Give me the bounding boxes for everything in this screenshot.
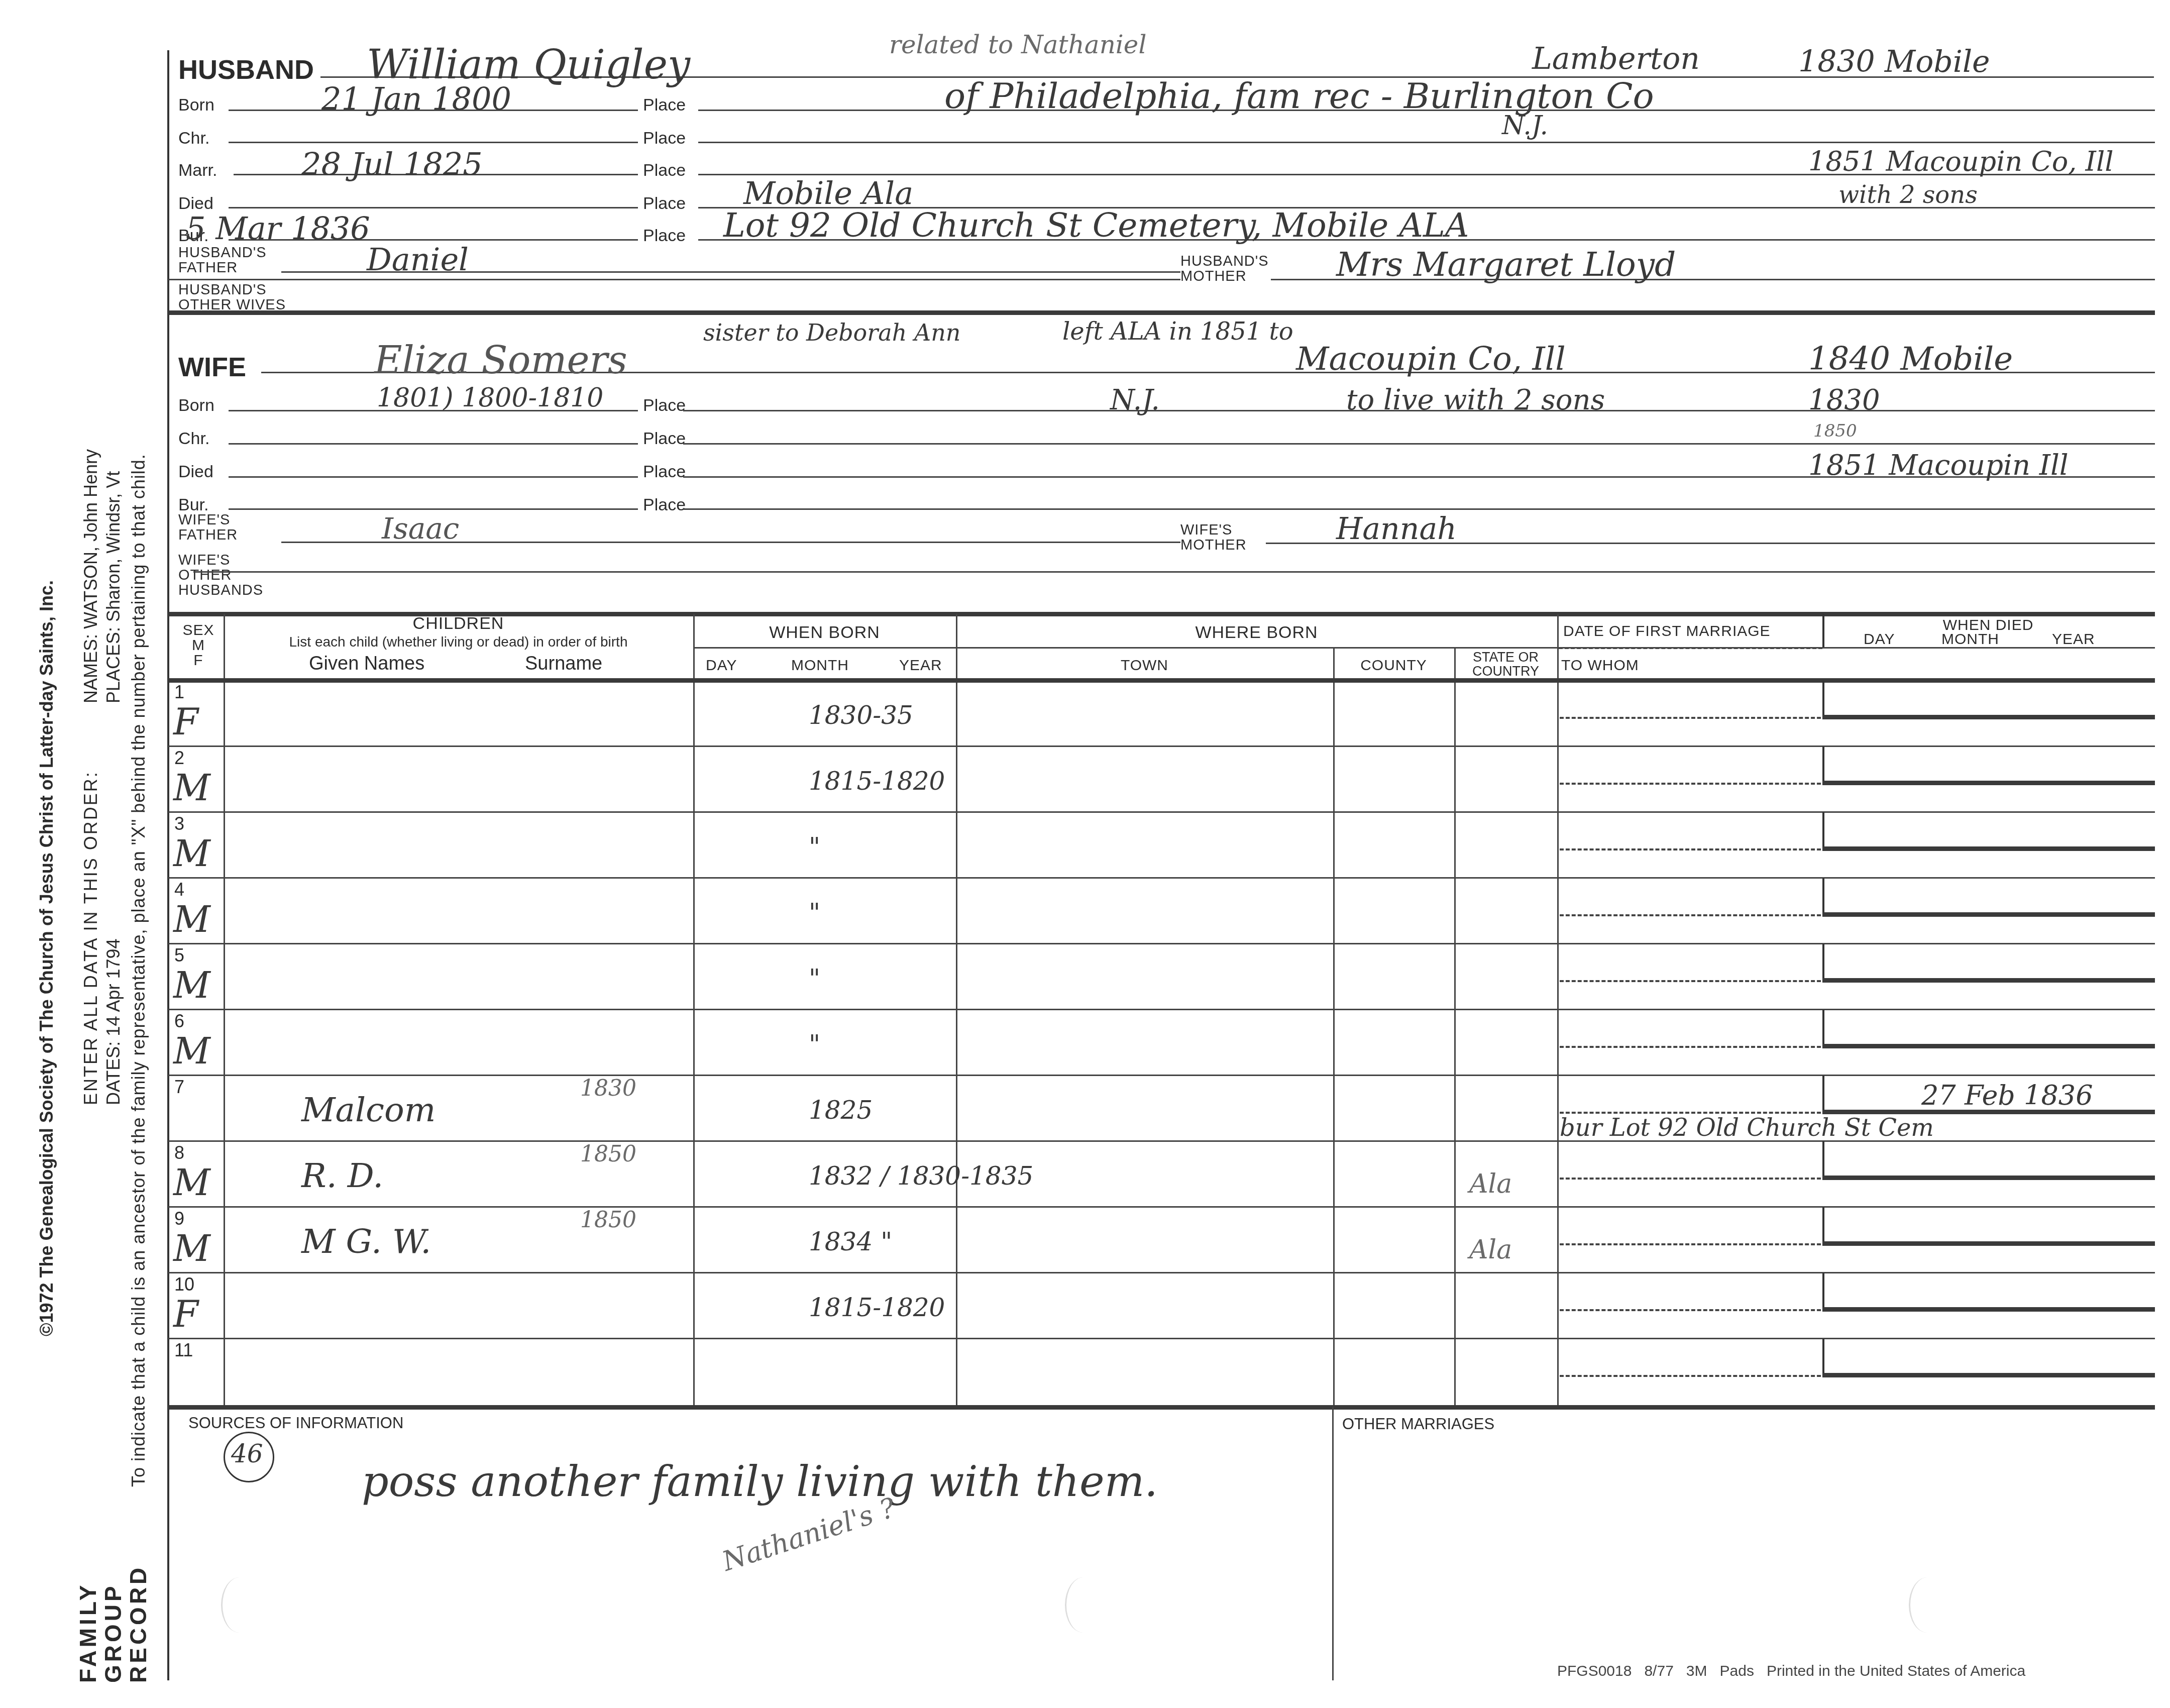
wife-father-label: WIFE'S FATHER xyxy=(178,512,238,543)
child-name-note: 1850 xyxy=(580,1141,636,1167)
husband-marr-date[interactable]: 28 Jul 1825 xyxy=(301,146,483,182)
child-marriage-date-line xyxy=(1560,848,1821,850)
husband-label: HUSBAND xyxy=(178,54,314,85)
child-row-number: 5 xyxy=(174,945,184,966)
header-died-day: DAY xyxy=(1864,631,1895,648)
children-bottom-border xyxy=(168,1405,2155,1410)
child-row-number: 6 xyxy=(174,1011,184,1032)
form-title: FAMILY GROUP RECORD xyxy=(75,1565,151,1683)
header-town: TOWN xyxy=(956,657,1333,674)
header-given-names: Given Names xyxy=(309,653,424,675)
child-died-box-left xyxy=(1822,1273,1824,1309)
child-died-box-left xyxy=(1822,1076,1824,1112)
husband-note-1830-mobile: 1830 Mobile xyxy=(1798,44,1990,79)
child-died-box-left xyxy=(1822,1339,1824,1375)
husband-died-line xyxy=(229,207,638,208)
child-died-line xyxy=(1822,1307,2155,1312)
wife-note-1830: 1830 xyxy=(1808,384,1880,416)
child-died-line xyxy=(1822,715,2155,719)
wife-mother[interactable]: Hannah xyxy=(1336,511,1457,547)
child-died-line xyxy=(1822,978,2155,983)
child-birth-year[interactable]: 1815-1820 xyxy=(809,767,945,796)
child-row: 3 M " xyxy=(168,812,2155,878)
child-marriage-date-line xyxy=(1560,783,1821,785)
husband-divider xyxy=(168,279,1180,280)
child-row-number: 9 xyxy=(174,1208,184,1229)
child-row-number: 3 xyxy=(174,813,184,834)
child-died-box-left xyxy=(1822,812,1824,848)
child-sex[interactable]: M xyxy=(173,898,210,940)
child-row: 2 M 1815-1820 xyxy=(168,746,2155,812)
husband-chr-place-line xyxy=(698,142,2155,143)
wife-note-sister: sister to Deborah Ann xyxy=(703,319,960,346)
wife-born-label: Born xyxy=(178,396,214,415)
other-marriages-divider xyxy=(1332,1407,1334,1680)
wife-mother-label: WIFE'S MOTHER xyxy=(1180,522,1247,553)
husband-chr-line xyxy=(229,142,638,143)
husband-born-label: Born xyxy=(178,95,214,115)
child-row: 7 Malcom 1830 1825 bur Lot 92 Old Church… xyxy=(168,1076,2155,1141)
husband-marr-place-label: Place xyxy=(643,161,686,180)
husband-note-related: related to Nathaniel xyxy=(889,30,1146,59)
punch-hole-center xyxy=(1065,1577,1102,1633)
wife-chr-label: Chr. xyxy=(178,429,209,449)
child-sex[interactable]: M xyxy=(173,1161,210,1204)
wife-died-label: Died xyxy=(178,462,213,482)
husband-born-place-label: Place xyxy=(643,95,686,115)
child-sex[interactable]: M xyxy=(173,1227,210,1269)
child-sex[interactable]: M xyxy=(173,767,210,809)
child-marriage-date-line xyxy=(1560,1309,1821,1311)
husband-bur-place[interactable]: Lot 92 Old Church St Cemetery, Mobile AL… xyxy=(723,206,1469,245)
child-died-line xyxy=(1822,912,2155,917)
wife-bur-place-line xyxy=(683,508,2155,510)
husband-born-place-nj: N.J. xyxy=(1502,111,1548,141)
child-died-line xyxy=(1822,1373,2155,1377)
child-died-line xyxy=(1822,1241,2155,1246)
child-died-box-left xyxy=(1822,944,1824,980)
child-marriage-date-line xyxy=(1560,717,1821,719)
husband-note-lamberton: Lamberton xyxy=(1532,41,1700,76)
header-died-month: MONTH xyxy=(1941,631,1999,648)
child-marriage-date-line xyxy=(1560,1178,1821,1180)
other-marriages-label: OTHER MARRIAGES xyxy=(1342,1415,1494,1433)
header-county: COUNTY xyxy=(1333,657,1454,674)
child-sex[interactable]: F xyxy=(173,701,198,743)
form-footer: PFGS0018 8/77 3M Pads Printed in the Uni… xyxy=(1557,1663,2025,1680)
header-born-day: DAY xyxy=(706,657,737,674)
wife-note-1850: 1850 xyxy=(1813,421,1857,441)
header-state: STATE OR COUNTRY xyxy=(1454,650,1557,678)
child-row: 5 M " xyxy=(168,944,2155,1010)
header-first-marriage: DATE OF FIRST MARRIAGE xyxy=(1563,623,1771,640)
child-birth-year[interactable]: 1825 xyxy=(809,1096,873,1125)
copyright-notice: ©1972 The Genealogical Society of The Ch… xyxy=(36,580,57,1336)
wife-born-place[interactable]: N.J. xyxy=(1110,384,1160,416)
child-sex[interactable]: M xyxy=(173,832,210,875)
child-died-line xyxy=(1822,1044,2155,1048)
husband-mother[interactable]: Mrs Margaret Lloyd xyxy=(1336,245,1676,284)
child-birth-state[interactable]: Ala xyxy=(1469,1235,1512,1265)
child-row-number: 1 xyxy=(174,682,184,703)
header-sex: SEX M F xyxy=(176,623,221,668)
husband-marr-label: Marr. xyxy=(178,161,217,180)
ancestor-note: To indicate that a child is an ancestor … xyxy=(128,454,149,1487)
child-row: 11 xyxy=(168,1339,2155,1405)
child-row-number: 10 xyxy=(174,1274,194,1295)
child-row: 4 M " xyxy=(168,878,2155,944)
child-sex[interactable]: M xyxy=(173,964,210,1006)
wife-note-left-ala: left ALA in 1851 to xyxy=(1062,317,1293,346)
child-name-note: 1850 xyxy=(580,1207,636,1233)
wife-note-live-with-sons: to live with 2 sons xyxy=(1346,384,1605,416)
child-birth-year[interactable]: 1830-35 xyxy=(809,701,913,730)
form-title-line-1: FAMILY xyxy=(75,1565,100,1683)
punch-hole-right xyxy=(1909,1577,1945,1633)
child-marriage-date-line xyxy=(1560,980,1821,982)
header-marriage-dash xyxy=(1559,647,1822,649)
husband-wife-separator xyxy=(168,310,2155,315)
wife-other-husbands-label: WIFE'S OTHER HUSBANDS xyxy=(178,553,263,598)
sources-label: SOURCES OF INFORMATION xyxy=(188,1414,403,1432)
child-birth-year[interactable]: 1832 / 1830-1835 xyxy=(809,1161,1033,1191)
child-birth-year[interactable]: " xyxy=(809,964,820,993)
when-born-sub-divider xyxy=(693,647,2155,649)
wife-chr-line xyxy=(229,443,638,445)
child-row-number: 7 xyxy=(174,1077,184,1098)
child-sex[interactable]: F xyxy=(173,1293,198,1335)
wife-chr-place-label: Place xyxy=(643,429,686,449)
wife-chr-place-line xyxy=(683,443,2155,445)
header-to-whom: TO WHOM xyxy=(1561,657,1639,674)
child-row: 10 F 1815-1820 xyxy=(168,1273,2155,1339)
header-surname: Surname xyxy=(525,653,602,675)
child-birth-year[interactable]: " xyxy=(809,832,820,862)
child-died-box-left xyxy=(1822,878,1824,914)
wife-bur-line xyxy=(229,508,638,510)
child-birth-year[interactable]: 1834 " xyxy=(809,1227,892,1256)
child-marriage-date-line xyxy=(1560,1046,1821,1048)
child-died-box-left xyxy=(1822,1207,1824,1243)
child-died-box-left xyxy=(1822,746,1824,783)
header-born-month: MONTH xyxy=(791,657,849,674)
husband-note-with-2-sons: with 2 sons xyxy=(1838,181,1978,209)
instructions-dates: DATES: 14 Apr 1794 xyxy=(103,938,124,1105)
form-title-line-3: RECORD xyxy=(126,1565,151,1683)
header-born-year: YEAR xyxy=(899,657,942,674)
husband-father-label: HUSBAND'S FATHER xyxy=(178,245,267,275)
child-died-box-left xyxy=(1822,681,1824,717)
form-title-line-2: GROUP xyxy=(100,1565,126,1683)
child-marriage-date-line xyxy=(1560,1243,1821,1245)
child-died-box-left xyxy=(1822,1141,1824,1178)
husband-bur-date[interactable]: 5 Mar 1836 xyxy=(186,210,370,247)
wife-label: WIFE xyxy=(178,352,246,383)
child-row: 6 M " xyxy=(168,1010,2155,1076)
punch-hole-left xyxy=(221,1577,258,1633)
child-row: 9 M M G. W. 1850 1834 " Ala xyxy=(168,1207,2155,1273)
wife-died-place-label: Place xyxy=(643,462,686,482)
child-died-box-left xyxy=(1822,1010,1824,1046)
wife-born-place-label: Place xyxy=(643,396,686,415)
child-died-line xyxy=(1822,846,2155,851)
wife-note-1840-mobile: 1840 Mobile xyxy=(1808,341,2013,378)
child-row: 8 M R. D. 1850 1832 / 1830-1835 Ala xyxy=(168,1141,2155,1207)
husband-died-place-label: Place xyxy=(643,194,686,213)
instructions-places: PLACES: Sharon, Windsr, Vt xyxy=(103,471,124,703)
child-row-number: 2 xyxy=(174,748,184,769)
child-given-name[interactable]: Malcom xyxy=(301,1091,436,1129)
child-marriage-to-whom[interactable]: bur Lot 92 Old Church St Cem xyxy=(1560,1114,1934,1142)
instructions-heading: ENTER ALL DATA IN THIS ORDER: xyxy=(80,771,101,1105)
child-died-line xyxy=(1822,1176,2155,1180)
header-children-sub: List each child (whether living or dead)… xyxy=(224,634,693,650)
wife-born-date[interactable]: 1801) 1800-1810 xyxy=(377,383,603,413)
child-row-number: 8 xyxy=(174,1142,184,1163)
child-row: 1 F 1830-35 xyxy=(168,681,2155,746)
child-died-line xyxy=(1822,781,2155,785)
wife-name[interactable]: Eliza Somers xyxy=(374,338,627,382)
wife-note-1851-macoupin: 1851 Macoupin Ill xyxy=(1808,449,2069,482)
wife-father[interactable]: Isaac xyxy=(382,511,459,546)
child-given-name[interactable]: M G. W. xyxy=(301,1222,431,1261)
child-death-date[interactable]: 27 Feb 1836 xyxy=(1921,1080,2093,1111)
child-marriage-date-line xyxy=(1560,914,1821,916)
wife-bur-place-label: Place xyxy=(643,495,686,515)
child-birth-year[interactable]: " xyxy=(809,1030,820,1059)
child-given-name[interactable]: R. D. xyxy=(301,1156,383,1195)
sources-note[interactable]: poss another family living with them. xyxy=(362,1457,1158,1506)
child-sex[interactable]: M xyxy=(173,1030,210,1072)
husband-born-date[interactable]: 21 Jan 1800 xyxy=(321,80,511,117)
husband-note-macoupin: 1851 Macoupin Co, Ill xyxy=(1808,146,2113,177)
header-children: CHILDREN xyxy=(224,614,693,633)
child-marriage-date-line xyxy=(1560,1375,1821,1377)
wife-died-line xyxy=(229,476,638,478)
header-where-born: WHERE BORN xyxy=(956,623,1557,643)
husband-chr-label: Chr. xyxy=(178,129,209,148)
child-birth-state[interactable]: Ala xyxy=(1469,1169,1512,1199)
child-birth-year[interactable]: " xyxy=(809,898,820,927)
source-ref-number[interactable]: 46 xyxy=(231,1439,263,1468)
child-birth-year[interactable]: 1815-1820 xyxy=(809,1293,945,1322)
husband-bur-place-label: Place xyxy=(643,226,686,246)
child-row-number: 11 xyxy=(174,1340,193,1361)
husband-chr-place-label: Place xyxy=(643,129,686,148)
instructions-names: NAMES: WATSON, John Henry xyxy=(80,449,101,703)
wife-note-macoupin: Macoupin Co, Ill xyxy=(1296,341,1566,378)
wife-other-husbands-line xyxy=(193,571,2155,573)
husband-mother-label: HUSBAND'S MOTHER xyxy=(1180,254,1269,284)
header-died-year: YEAR xyxy=(2052,631,2095,648)
header-when-born: WHEN BORN xyxy=(693,623,956,643)
husband-father[interactable]: Daniel xyxy=(367,241,469,278)
child-row-number: 4 xyxy=(174,879,184,900)
husband-other-wives-label: HUSBAND'S OTHER WIVES xyxy=(178,282,286,312)
child-name-note: 1830 xyxy=(580,1076,636,1101)
